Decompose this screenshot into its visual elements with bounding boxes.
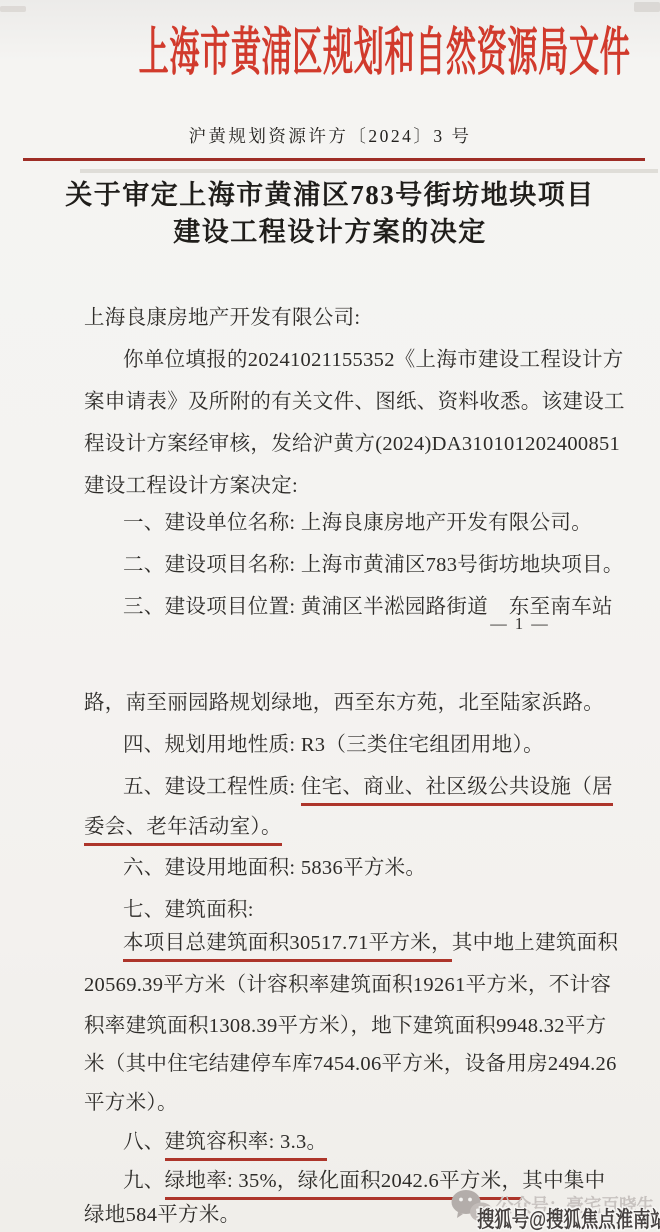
photo-edge-artifact-left [0, 6, 26, 12]
item-6-land-area: 六、建设用地面积: 5836平方米。 [123, 853, 598, 883]
intro-line-1: 你单位填报的20241021155352《上海市建设工程设计方 [123, 345, 598, 375]
intro-line-2: 案申请表》及所附的有关文件、图纸、资料收悉。该建设工 [84, 387, 598, 417]
item-2-project-name: 二、建设项目名称: 上海市黄浦区783号街坊地块项目。 [123, 550, 598, 580]
area-line-4: 米（其中住宅结建停车库7454.06平方米，设备用房2494.26 [84, 1049, 598, 1079]
item-4-land-use: 四、规划用地性质: R3（三类住宅组团用地）。 [123, 730, 598, 760]
item-1-unit-name: 一、建设单位名称: 上海良康房地产开发有限公司。 [123, 508, 598, 538]
letterhead-title: 上海市黄浦区规划和自然资源局文件 [139, 24, 522, 84]
intro-line-3: 程设计方案经审核，发给沪黄方(2024)DA310101202400851 [84, 429, 598, 459]
total-area-underlined: 本项目总建筑面积30517.71平方米， [123, 932, 452, 962]
area-line-5: 平方米）。 [84, 1088, 598, 1118]
sohu-watermark-text: 搜狐号@搜狐焦点淮南站 [477, 1203, 660, 1232]
decision-title-line2: 建设工程设计方案的决定 [0, 214, 660, 251]
scan-band-artifact [80, 169, 658, 173]
item-8-prefix: 八、 [123, 1131, 165, 1153]
area-line-1: 本项目总建筑面积30517.71平方米，其中地上建筑面积 [123, 928, 598, 958]
item-9-rest: 其中集中 [522, 1170, 605, 1192]
item-3-continued: 路，南至丽园路规划绿地，西至东方苑，北至陆家浜路。 [84, 688, 598, 718]
item-5-project-nature: 五、建设工程性质: 住宅、商业、社区级公共设施（居 [123, 772, 598, 802]
area-line-1-rest: 其中地上建筑面积 [452, 932, 618, 954]
decision-title-line1: 关于审定上海市黄浦区783号街坊地块项目 [0, 177, 660, 214]
page-number: — 1 — [430, 612, 610, 636]
item-5-continued: 委会、老年活动室）。 [84, 812, 598, 842]
item-9-prefix: 九、 [123, 1170, 165, 1192]
addressee: 上海良康房地产开发有限公司: [84, 303, 598, 333]
document-number: 沪黄规划资源许方〔2024〕3 号 [0, 123, 660, 149]
item-5-continued-underlined: 委会、老年活动室）。 [84, 816, 282, 846]
item-5-prefix: 五、建设工程性质: [123, 776, 301, 798]
item-8-underlined: 建筑容积率: 3.3。 [165, 1131, 328, 1161]
area-line-2: 20569.39平方米（计容积率建筑面积19261平方米，不计容 [84, 970, 598, 1000]
red-rule [23, 158, 645, 161]
item-5-underlined: 住宅、商业、社区级公共设施（居 [301, 776, 613, 806]
photo-edge-artifact-right [634, 2, 660, 12]
area-line-3: 积率建筑面积1308.39平方米），地下建筑面积9948.32平方 [84, 1011, 598, 1041]
intro-line-4: 建设工程设计方案决定: [84, 471, 598, 501]
item-7-building-area-heading: 七、建筑面积: [123, 895, 598, 925]
item-8-plot-ratio: 八、建筑容积率: 3.3。 [123, 1127, 598, 1157]
